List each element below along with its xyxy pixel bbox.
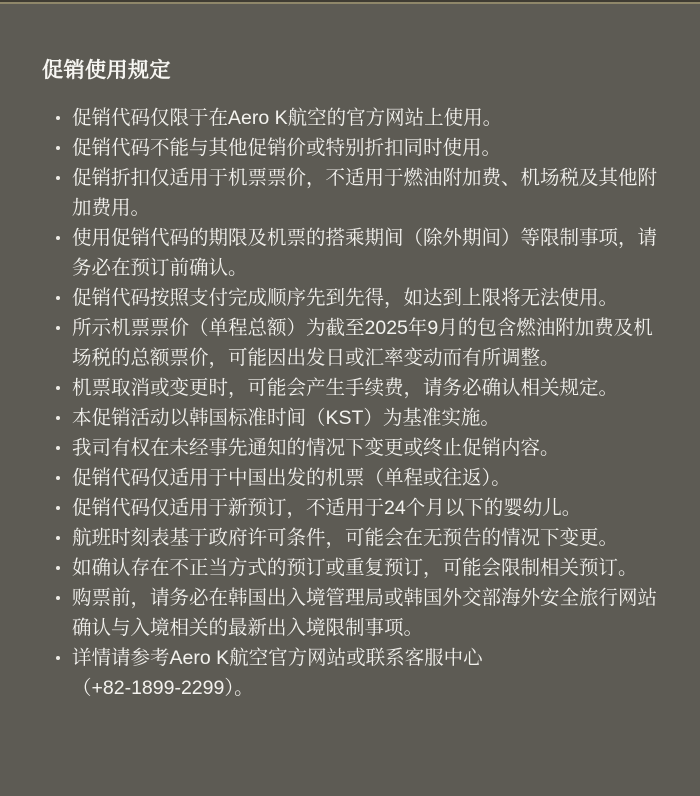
rule-item: 促销代码按照支付完成顺序先到先得，如达到上限将无法使用。 — [42, 283, 666, 313]
bullet-icon — [56, 596, 60, 600]
rule-item: 机票取消或变更时，可能会产生手续费，请务必确认相关规定。 — [42, 373, 666, 403]
rule-item: 促销代码不能与其他促销价或特别折扣同时使用。 — [42, 133, 666, 163]
bullet-icon — [56, 296, 60, 300]
bullet-icon — [56, 416, 60, 420]
bullet-icon — [56, 446, 60, 450]
rule-item: 我司有权在未经事先通知的情况下变更或终止促销内容。 — [42, 433, 666, 463]
bullet-icon — [56, 146, 60, 150]
rule-item: 促销代码仅适用于新预订，不适用于24个月以下的婴幼儿。 — [42, 493, 666, 523]
rule-text: 机票取消或变更时，可能会产生手续费，请务必确认相关规定。 — [72, 373, 666, 403]
bullet-icon — [56, 236, 60, 240]
rule-text: 促销代码按照支付完成顺序先到先得，如达到上限将无法使用。 — [72, 283, 666, 313]
rule-item: 促销代码仅适用于中国出发的机票（单程或往返）。 — [42, 463, 666, 493]
rule-item: 航班时刻表基于政府许可条件，可能会在无预告的情况下变更。 — [42, 523, 666, 553]
rule-text: 所示机票票价（单程总额）为截至2025年9月的包含燃油附加费及机场税的总额票价，… — [72, 313, 666, 373]
bullet-icon — [56, 386, 60, 390]
rule-text: 航班时刻表基于政府许可条件，可能会在无预告的情况下变更。 — [72, 523, 666, 553]
rule-list: 促销代码仅限于在Aero K航空的官方网站上使用。 促销代码不能与其他促销价或特… — [42, 103, 666, 703]
rule-text: 详情请参考Aero K航空官方网站或联系客服中心 （+82-1899-2299）… — [72, 643, 666, 703]
rule-text: 我司有权在未经事先通知的情况下变更或终止促销内容。 — [72, 433, 666, 463]
bullet-icon — [56, 476, 60, 480]
bullet-icon — [56, 566, 60, 570]
bullet-icon — [56, 656, 60, 660]
bullet-icon — [56, 176, 60, 180]
rule-text: 购票前，请务必在韩国出入境管理局或韩国外交部海外安全旅行网站确认与入境相关的最新… — [72, 583, 666, 643]
rule-item: 使用促销代码的期限及机票的搭乘期间（除外期间）等限制事项，请务必在预订前确认。 — [42, 223, 666, 283]
rule-item: 所示机票票价（单程总额）为截至2025年9月的包含燃油附加费及机场税的总额票价，… — [42, 313, 666, 373]
rule-text: 使用促销代码的期限及机票的搭乘期间（除外期间）等限制事项，请务必在预订前确认。 — [72, 223, 666, 283]
rule-item: 购票前，请务必在韩国出入境管理局或韩国外交部海外安全旅行网站确认与入境相关的最新… — [42, 583, 666, 643]
bullet-icon — [56, 506, 60, 510]
rule-text: 促销代码不能与其他促销价或特别折扣同时使用。 — [72, 133, 666, 163]
rule-item: 如确认存在不正当方式的预订或重复预订，可能会限制相关预订。 — [42, 553, 666, 583]
bullet-icon — [56, 116, 60, 120]
rule-text: 本促销活动以韩国标准时间（KST）为基准实施。 — [72, 403, 666, 433]
promo-terms-page: 促销使用规定 促销代码仅限于在Aero K航空的官方网站上使用。 促销代码不能与… — [0, 0, 700, 703]
rule-text: 如确认存在不正当方式的预订或重复预订，可能会限制相关预订。 — [72, 553, 666, 583]
bullet-icon — [56, 326, 60, 330]
rule-text: 促销折扣仅适用于机票票价，不适用于燃油附加费、机场税及其他附加费用。 — [72, 163, 666, 223]
rule-text: 促销代码仅限于在Aero K航空的官方网站上使用。 — [72, 103, 666, 133]
rule-item: 促销折扣仅适用于机票票价，不适用于燃油附加费、机场税及其他附加费用。 — [42, 163, 666, 223]
section-title: 促销使用规定 — [42, 56, 666, 86]
rule-item: 详情请参考Aero K航空官方网站或联系客服中心 （+82-1899-2299）… — [42, 643, 666, 703]
bullet-icon — [56, 536, 60, 540]
rule-text: 促销代码仅适用于新预订，不适用于24个月以下的婴幼儿。 — [72, 493, 666, 523]
rule-item: 本促销活动以韩国标准时间（KST）为基准实施。 — [42, 403, 666, 433]
rule-item: 促销代码仅限于在Aero K航空的官方网站上使用。 — [42, 103, 666, 133]
rule-text: 促销代码仅适用于中国出发的机票（单程或往返）。 — [72, 463, 666, 493]
promo-terms-content: 促销使用规定 促销代码仅限于在Aero K航空的官方网站上使用。 促销代码不能与… — [0, 4, 700, 703]
